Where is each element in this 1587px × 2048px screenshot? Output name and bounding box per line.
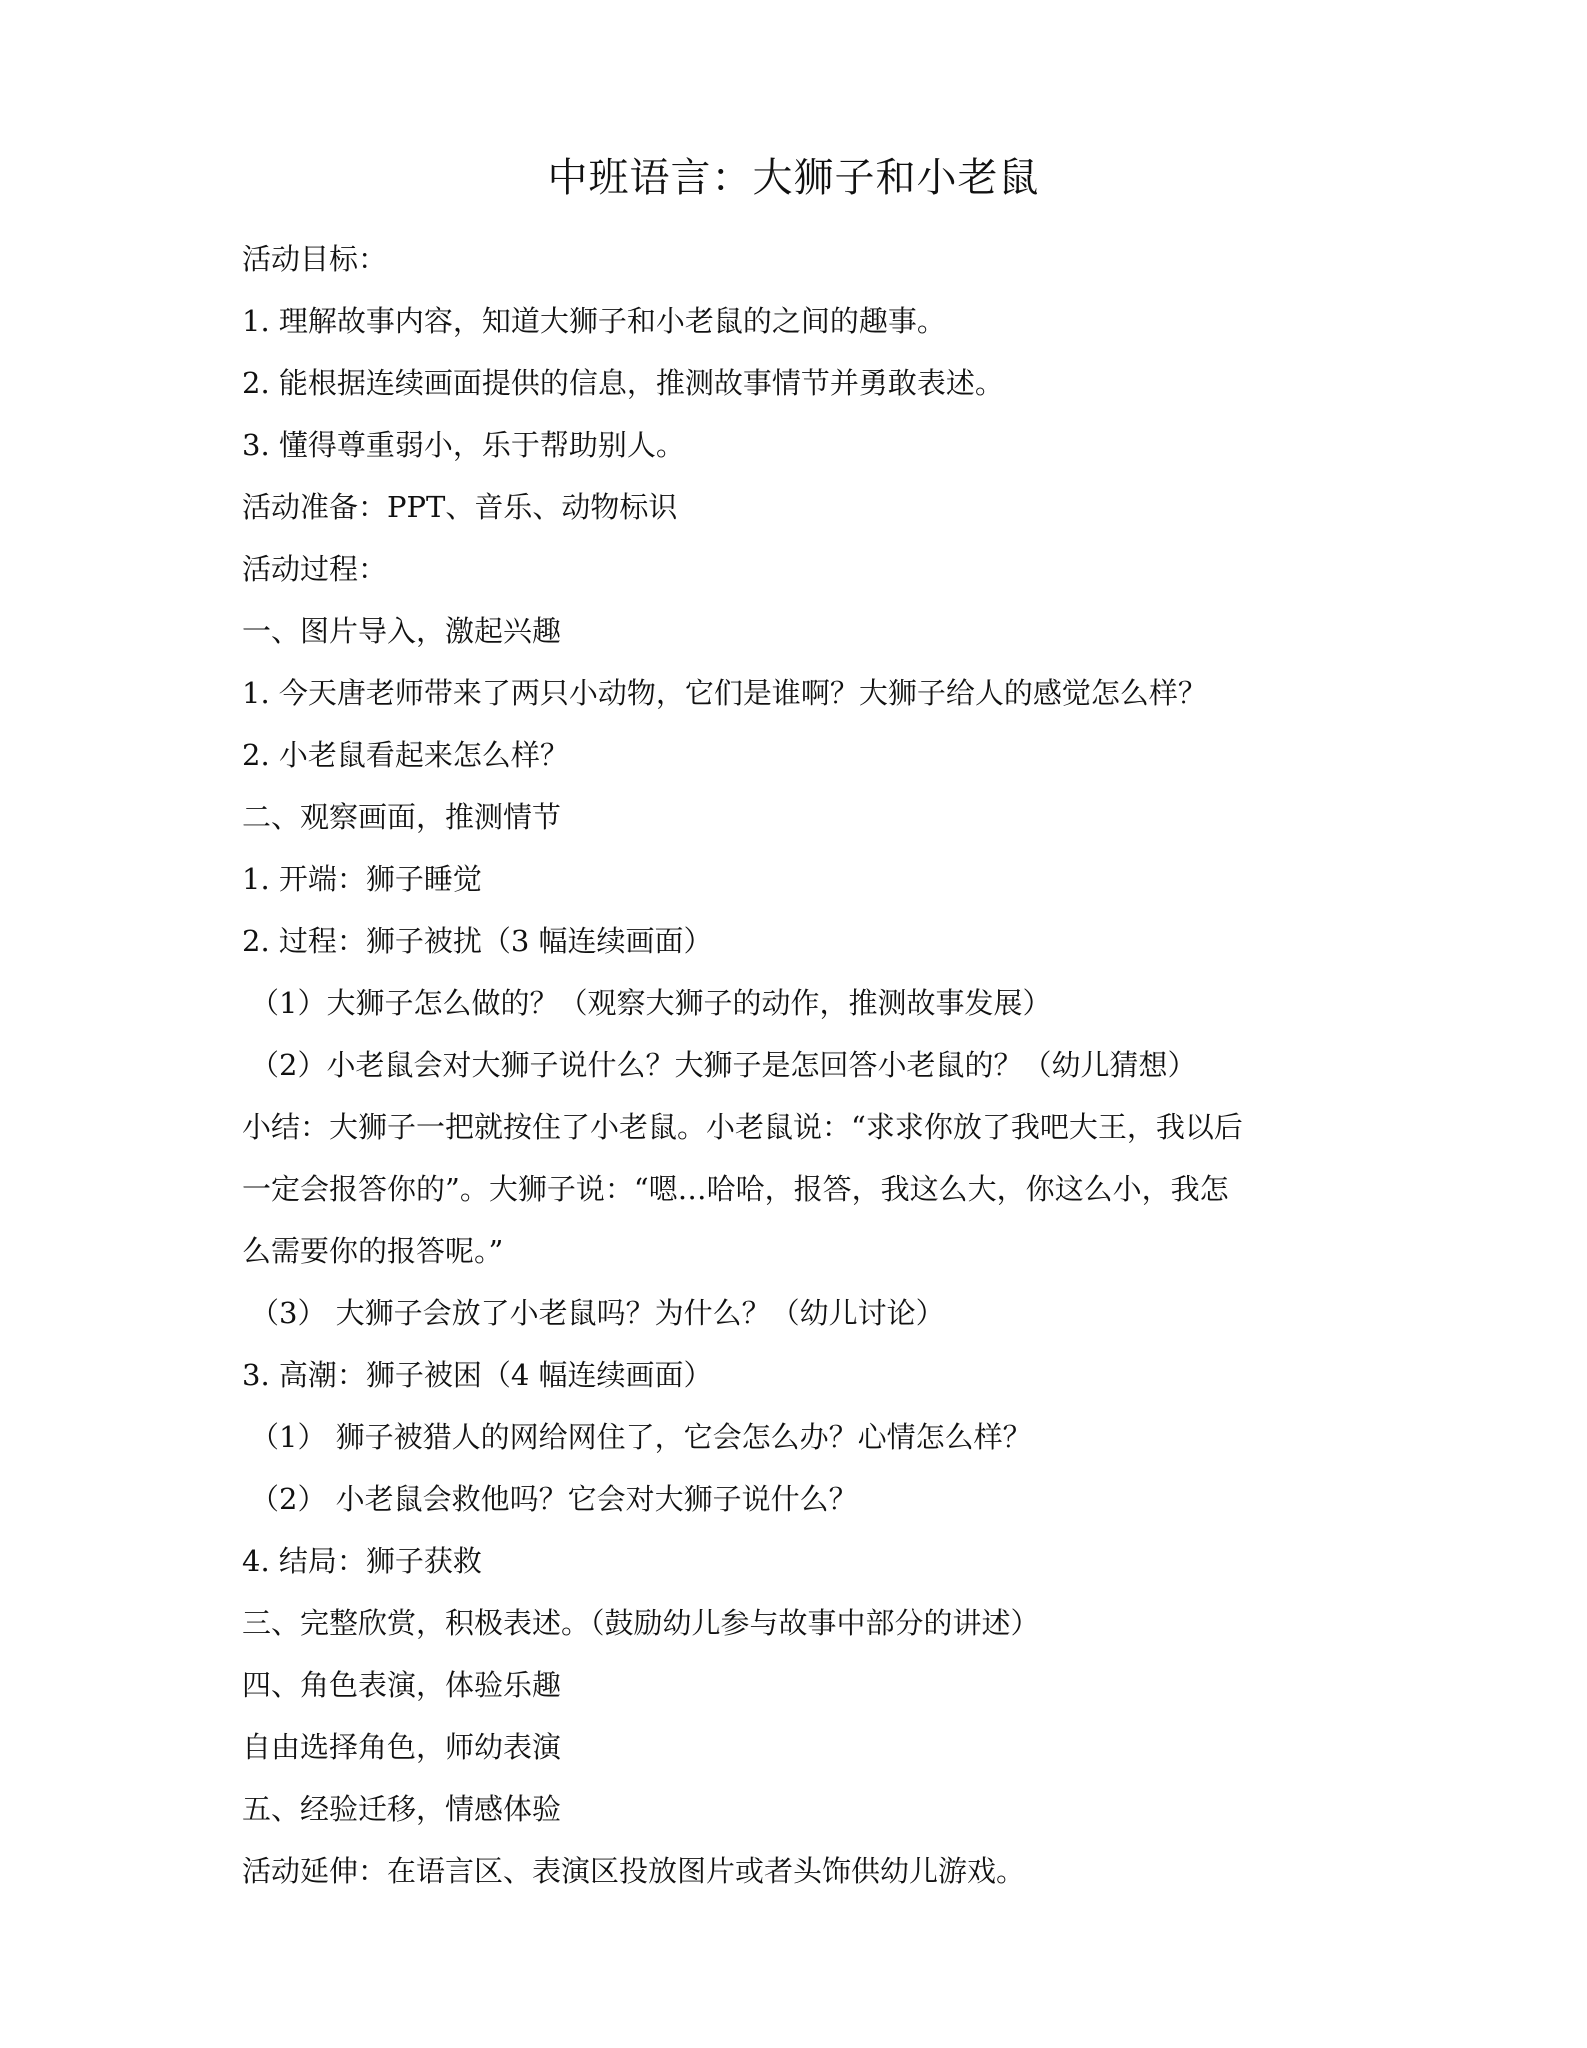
step-heading: 三、完整欣赏，积极表述。（鼓励幼儿参与故事中部分的讲述）: [242, 1592, 1362, 1654]
sub-item: （2）小老鼠会对大狮子说什么？大狮子是怎回答小老鼠的？（幼儿猜想）: [242, 1034, 1362, 1096]
objective-item: 3. 懂得尊重弱小，乐于帮助别人。: [242, 414, 1362, 476]
step-item: 自由选择角色，师幼表演: [242, 1716, 1362, 1778]
objective-item: 1. 理解故事内容，知道大狮子和小老鼠的之间的趣事。: [242, 290, 1362, 352]
step-item: 2. 小老鼠看起来怎么样？: [242, 724, 1362, 786]
document-page: 中班语言：大狮子和小老鼠 活动目标： 1. 理解故事内容，知道大狮子和小老鼠的之…: [0, 0, 1587, 2048]
sub-item: （1）大狮子怎么做的？（观察大狮子的动作，推测故事发展）: [242, 972, 1362, 1034]
summary-paragraph: 么需要你的报答呢。”: [242, 1220, 1362, 1282]
section-heading-process: 活动过程：: [242, 538, 1362, 600]
sub-item: （2） 小老鼠会救他吗？它会对大狮子说什么？: [242, 1468, 1362, 1530]
step-heading: 二、观察画面，推测情节: [242, 786, 1362, 848]
step-heading: 四、角色表演，体验乐趣: [242, 1654, 1362, 1716]
step-item: 2. 过程：狮子被扰（3 幅连续画面）: [242, 910, 1362, 972]
step-item: 4. 结局：狮子获救: [242, 1530, 1362, 1592]
document-body: 活动目标： 1. 理解故事内容，知道大狮子和小老鼠的之间的趣事。 2. 能根据连…: [242, 228, 1362, 1902]
step-item: 1. 今天唐老师带来了两只小动物，它们是谁啊？大狮子给人的感觉怎么样？: [242, 662, 1362, 724]
section-heading-objectives: 活动目标：: [242, 228, 1362, 290]
sub-item: （1） 狮子被猎人的网给网住了，它会怎么办？心情怎么样？: [242, 1406, 1362, 1468]
document-title: 中班语言：大狮子和小老鼠: [0, 152, 1587, 204]
section-heading-extension: 活动延伸：在语言区、表演区投放图片或者头饰供幼儿游戏。: [242, 1840, 1362, 1902]
summary-paragraph: 小结：大狮子一把就按住了小老鼠。小老鼠说：“求求你放了我吧大王，我以后: [242, 1096, 1362, 1158]
sub-item: （3） 大狮子会放了小老鼠吗？为什么？（幼儿讨论）: [242, 1282, 1362, 1344]
step-heading: 五、经验迁移，情感体验: [242, 1778, 1362, 1840]
summary-paragraph: 一定会报答你的”。大狮子说：“嗯…哈哈，报答，我这么大，你这么小，我怎: [242, 1158, 1362, 1220]
section-heading-preparation: 活动准备：PPT、音乐、动物标识: [242, 476, 1362, 538]
step-item: 3. 高潮：狮子被困（4 幅连续画面）: [242, 1344, 1362, 1406]
objective-item: 2. 能根据连续画面提供的信息，推测故事情节并勇敢表述。: [242, 352, 1362, 414]
step-heading: 一、图片导入，激起兴趣: [242, 600, 1362, 662]
step-item: 1. 开端：狮子睡觉: [242, 848, 1362, 910]
